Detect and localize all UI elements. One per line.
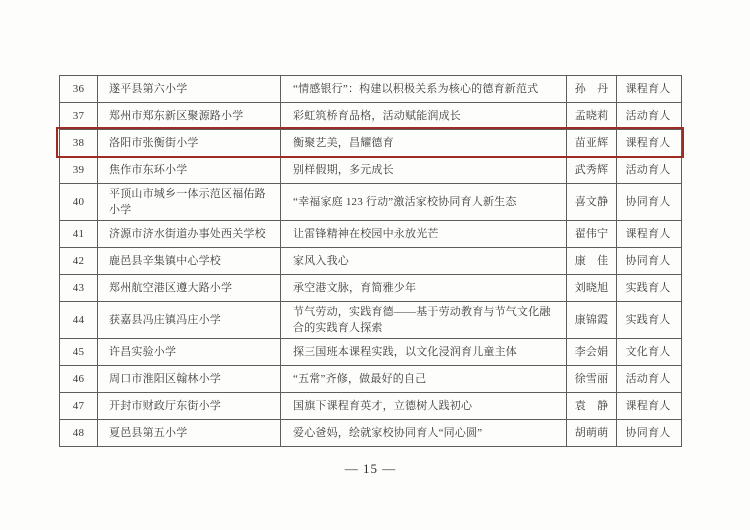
person-cell: 翟伟宁 [567, 221, 617, 247]
person-cell: 徐雪丽 [567, 366, 617, 392]
person-cell: 康锦霞 [567, 302, 617, 338]
table-row: 41济源市济水街道办事处西关学校让雷锋精神在校园中永放光芒翟伟宁课程育人 [60, 221, 681, 248]
project-cell: 国旗下课程育英才，立德树人践初心 [281, 393, 567, 419]
project-cell: 衡聚艺美，昌耀德育 [281, 130, 567, 156]
row-index-cell: 37 [60, 103, 98, 129]
person-cell: 袁 静 [567, 393, 617, 419]
table-row: 42鹿邑县辛集镇中心学校家风入我心康 佳协同育人 [60, 248, 681, 275]
category-cell: 课程育人 [617, 130, 679, 156]
table-row: 40平顶山市城乡一体示范区福佑路小学“幸福家庭 123 行动”激活家校协同育人新… [60, 184, 681, 221]
person-cell: 康 佳 [567, 248, 617, 274]
project-cell: 彩虹筑桥育品格，活动赋能润成长 [281, 103, 567, 129]
person-cell: 喜文静 [567, 184, 617, 220]
table-row: 39焦作市东环小学别样假期，多元成长武秀辉活动育人 [60, 157, 681, 184]
project-cell: 爱心爸妈，绘就家校协同育人“同心圆” [281, 420, 567, 446]
school-cell: 郑州航空港区遵大路小学 [98, 275, 281, 301]
category-cell: 实践育人 [617, 302, 679, 338]
category-cell: 活动育人 [617, 366, 679, 392]
row-index-cell: 36 [60, 76, 98, 102]
project-cell: 让雷锋精神在校园中永放光芒 [281, 221, 567, 247]
category-cell: 协同育人 [617, 420, 679, 446]
table-row: 46周口市淮阳区翰林小学“五常”齐修，做最好的自己徐雪丽活动育人 [60, 366, 681, 393]
table-row: 37郑州市郑东新区聚源路小学彩虹筑桥育品格，活动赋能润成长孟晓莉活动育人 [60, 103, 681, 130]
table-row: 38洛阳市张衡街小学衡聚艺美，昌耀德育苗亚辉课程育人 [60, 130, 681, 157]
project-cell: 节气劳动，实践育德——基于劳动教育与节气文化融合的实践育人探索 [281, 302, 567, 338]
school-cell: 焦作市东环小学 [98, 157, 281, 183]
category-cell: 活动育人 [617, 103, 679, 129]
category-cell: 协同育人 [617, 248, 679, 274]
school-cell: 济源市济水街道办事处西关学校 [98, 221, 281, 247]
school-cell: 获嘉县冯庄镇冯庄小学 [98, 302, 281, 338]
row-index-cell: 39 [60, 157, 98, 183]
person-cell: 刘晓旭 [567, 275, 617, 301]
table-row: 48夏邑县第五小学爱心爸妈，绘就家校协同育人“同心圆”胡萌萌协同育人 [60, 420, 681, 446]
person-cell: 胡萌萌 [567, 420, 617, 446]
project-cell: “幸福家庭 123 行动”激活家校协同育人新生态 [281, 184, 567, 220]
category-cell: 课程育人 [617, 393, 679, 419]
row-index-cell: 43 [60, 275, 98, 301]
results-table: 36遂平县第六小学“情感银行”：构建以积极关系为核心的德育新范式孙 丹课程育人3… [59, 75, 682, 447]
person-cell: 李会娟 [567, 339, 617, 365]
school-cell: 开封市财政厅东街小学 [98, 393, 281, 419]
project-cell: 家风入我心 [281, 248, 567, 274]
project-cell: 承空港文脉，育简雅少年 [281, 275, 567, 301]
person-cell: 苗亚辉 [567, 130, 617, 156]
person-cell: 孟晓莉 [567, 103, 617, 129]
row-index-cell: 47 [60, 393, 98, 419]
category-cell: 文化育人 [617, 339, 679, 365]
row-index-cell: 44 [60, 302, 98, 338]
table-row: 36遂平县第六小学“情感银行”：构建以积极关系为核心的德育新范式孙 丹课程育人 [60, 76, 681, 103]
table-row: 47开封市财政厅东街小学国旗下课程育英才，立德树人践初心袁 静课程育人 [60, 393, 681, 420]
row-index-cell: 41 [60, 221, 98, 247]
school-cell: 郑州市郑东新区聚源路小学 [98, 103, 281, 129]
school-cell: 夏邑县第五小学 [98, 420, 281, 446]
category-cell: 课程育人 [617, 221, 679, 247]
table-row: 43郑州航空港区遵大路小学承空港文脉，育简雅少年刘晓旭实践育人 [60, 275, 681, 302]
project-cell: 别样假期，多元成长 [281, 157, 567, 183]
project-cell: 探三国班本课程实践，以文化浸润育儿童主体 [281, 339, 567, 365]
row-index-cell: 38 [60, 130, 98, 156]
project-cell: “情感银行”：构建以积极关系为核心的德育新范式 [281, 76, 567, 102]
school-cell: 遂平县第六小学 [98, 76, 281, 102]
person-cell: 武秀辉 [567, 157, 617, 183]
table-row: 44获嘉县冯庄镇冯庄小学节气劳动，实践育德——基于劳动教育与节气文化融合的实践育… [60, 302, 681, 339]
row-index-cell: 48 [60, 420, 98, 446]
category-cell: 活动育人 [617, 157, 679, 183]
school-cell: 许昌实验小学 [98, 339, 281, 365]
school-cell: 周口市淮阳区翰林小学 [98, 366, 281, 392]
person-cell: 孙 丹 [567, 76, 617, 102]
row-index-cell: 46 [60, 366, 98, 392]
school-cell: 洛阳市张衡街小学 [98, 130, 281, 156]
table-row: 45许昌实验小学探三国班本课程实践，以文化浸润育儿童主体李会娟文化育人 [60, 339, 681, 366]
row-index-cell: 40 [60, 184, 98, 220]
school-cell: 平顶山市城乡一体示范区福佑路小学 [98, 184, 281, 220]
category-cell: 协同育人 [617, 184, 679, 220]
category-cell: 实践育人 [617, 275, 679, 301]
school-cell: 鹿邑县辛集镇中心学校 [98, 248, 281, 274]
page-number: — 15 — [59, 461, 682, 477]
row-index-cell: 45 [60, 339, 98, 365]
row-index-cell: 42 [60, 248, 98, 274]
project-cell: “五常”齐修，做最好的自己 [281, 366, 567, 392]
category-cell: 课程育人 [617, 76, 679, 102]
